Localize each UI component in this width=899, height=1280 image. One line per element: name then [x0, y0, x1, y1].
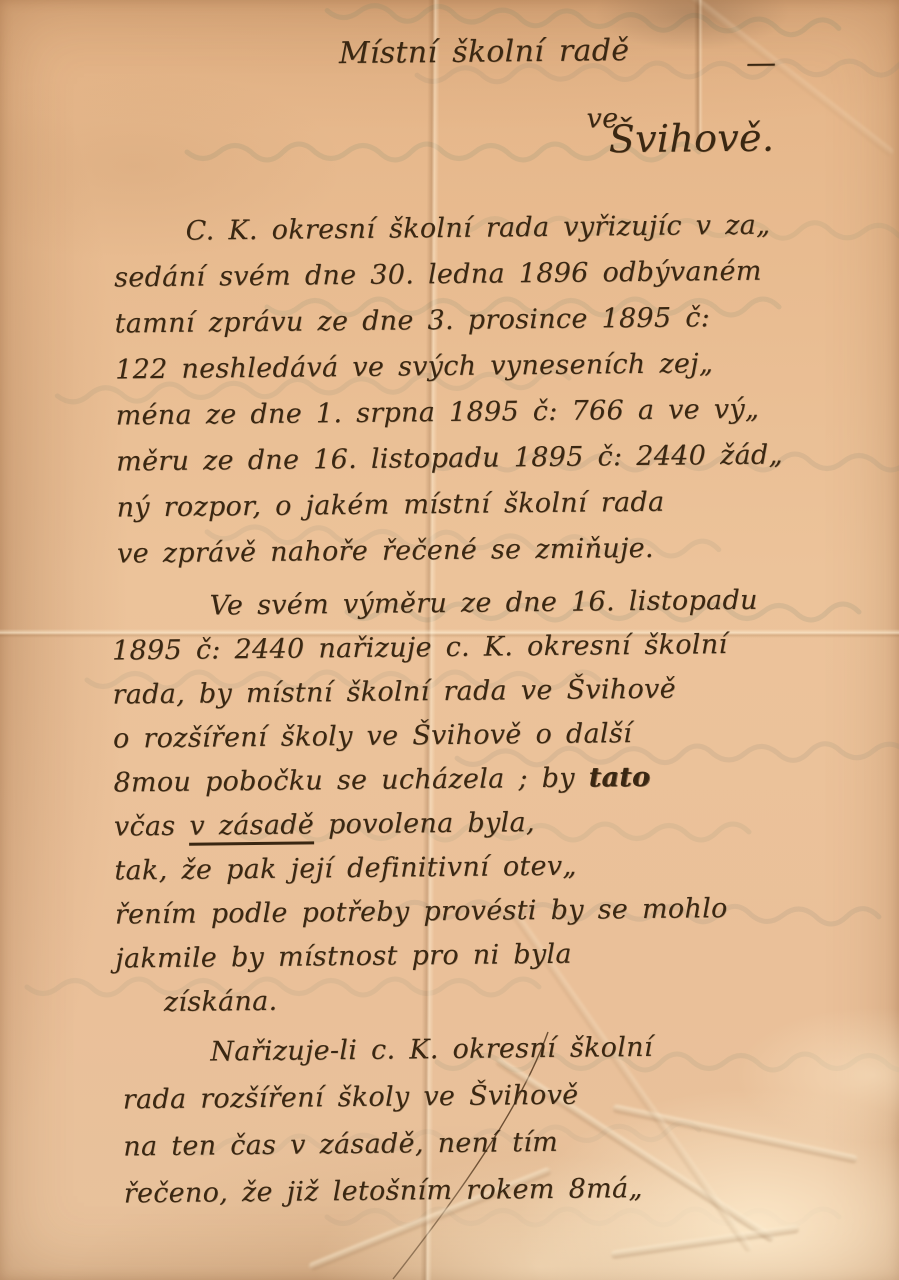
- heading-dash: —: [746, 41, 777, 87]
- manuscript-paragraph: Ve svém výměru ze dne 16. listopadu 1895…: [111, 577, 896, 1025]
- manuscript-line: Ve svém výměru ze dne 16. listopadu: [209, 577, 891, 628]
- emphasized-word: tato: [589, 762, 651, 794]
- line-segment: povolena byla,: [314, 807, 535, 840]
- line-segment: včas: [114, 811, 190, 843]
- manuscript-line: rada rozšíření školy ve Švihově: [123, 1068, 889, 1123]
- manuscript-line: 122 neshledává ve svých vyneseních zej„: [115, 339, 881, 393]
- manuscript-line: na ten čas v zásadě, není tím: [123, 1115, 889, 1170]
- heading-place-name: Švihově.: [609, 115, 775, 163]
- manuscript-line: C. K. okresní školní rada vyřizujíc v za…: [185, 201, 879, 254]
- manuscript-line: měru ze dne 16. listopadu 1895 č: 2440 ž…: [116, 431, 882, 485]
- line-segment: 8mou pobočku se ucházela ; by: [113, 763, 589, 799]
- manuscript-line: řečeno, že již letošním rokem 8má„: [124, 1162, 890, 1217]
- manuscript-paragraph: C. K. okresní školní rada vyřizujíc v za…: [113, 201, 883, 577]
- heading-addressee: Místní školní radě: [339, 28, 630, 77]
- scanned-letter: Místní školní radě — ve Švihově. C. K. o…: [0, 0, 899, 1280]
- manuscript-line: tamní zprávu ze dne 3. prosince 1895 č:: [114, 293, 880, 347]
- manuscript-paragraph: Nařizuje-li c. K. okresní školní rada ro…: [122, 1021, 890, 1217]
- manuscript-line: Nařizuje-li c. K. okresní školní: [210, 1021, 888, 1075]
- handwriting-layer: Místní školní radě — ve Švihově. C. K. o…: [0, 0, 899, 1280]
- manuscript-line: ména ze dne 1. srpna 1895 č: 766 a ve vý…: [115, 385, 881, 439]
- underlined-phrase: v zásadě: [189, 809, 314, 845]
- manuscript-line: získána.: [164, 973, 896, 1025]
- manuscript-line: sedání svém dne 30. ledna 1896 odbývaném: [114, 247, 880, 301]
- manuscript-line: ve zprávě nahoře řečené se zmiňuje.: [117, 523, 883, 577]
- manuscript-line: ný rozpor, o jakém místní školní rada: [116, 477, 882, 531]
